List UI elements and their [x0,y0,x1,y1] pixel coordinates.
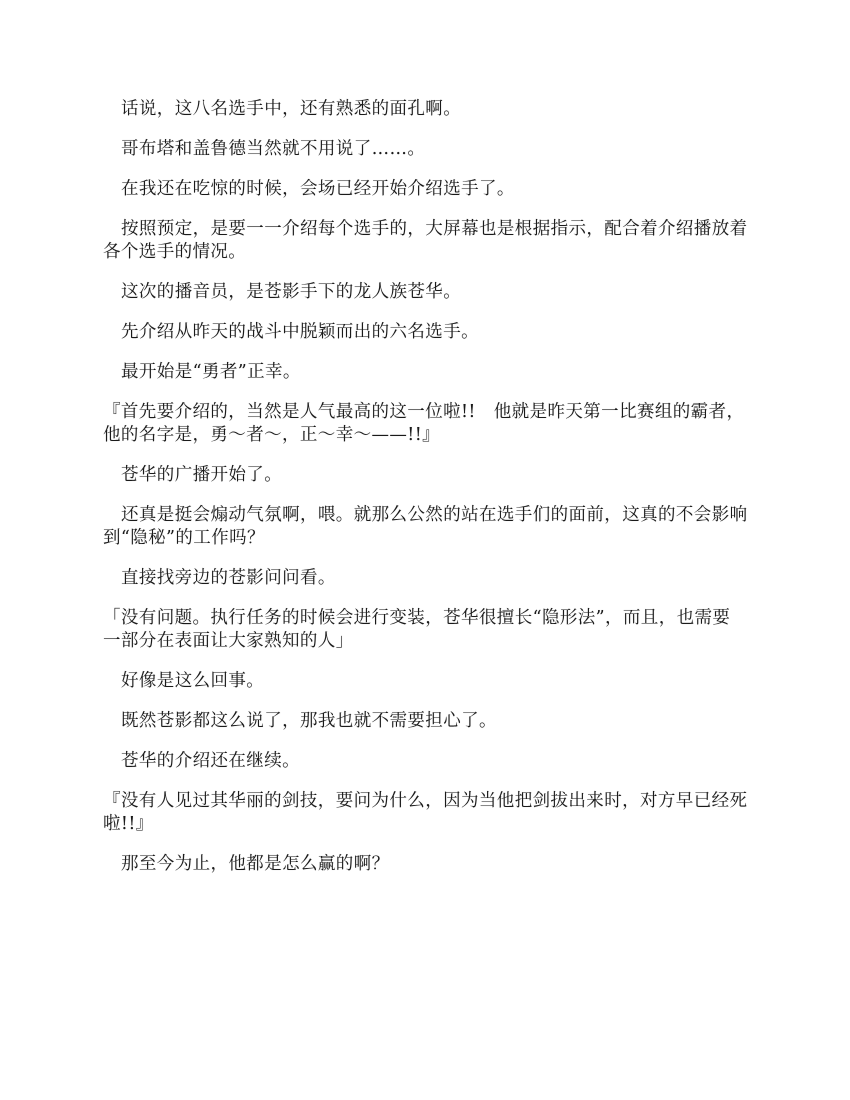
paragraph: 既然苍影都这么说了，那我也就不需要担心了。 [103,710,748,733]
paragraph: 还真是挺会煽动气氛啊，喂。就那么公然的站在选手们的面前，这真的不会影响到“隐秘”… [103,504,748,550]
paragraph: 苍华的广播开始了。 [103,464,748,487]
paragraph: 最开始是“勇者”正幸。 [103,361,748,384]
dialogue-quote: 「没有问题。执行任务的时候会进行变装，苍华很擅长“隐形法”，而且，也需要一部分在… [103,607,748,653]
paragraph: 直接找旁边的苍影问问看。 [103,567,748,590]
paragraph: 先介绍从昨天的战斗中脱颖而出的六名选手。 [103,321,748,344]
paragraph: 在我还在吃惊的时候，会场已经开始介绍选手了。 [103,178,748,201]
dialogue-quote: 『没有人见过其华丽的剑技，要问为什么，因为当他把剑拔出来时，对方早已经死啦!!』 [103,790,748,836]
dialogue-quote: 『首先要介绍的，当然是人气最高的这一位啦!! 他就是昨天第一比赛组的霸者，他的名… [103,401,748,447]
paragraph: 好像是这么回事。 [103,670,748,693]
paragraph: 这次的播音员，是苍影手下的龙人族苍华。 [103,281,748,304]
paragraph: 哥布塔和盖鲁德当然就不用说了……。 [103,138,748,161]
paragraph: 按照预定，是要一一介绍每个选手的，大屏幕也是根据指示，配合着介绍播放着各个选手的… [103,218,748,264]
document-page: 话说，这八名选手中，还有熟悉的面孔啊。 哥布塔和盖鲁德当然就不用说了……。 在我… [103,98,748,893]
paragraph: 那至今为止，他都是怎么赢的啊？ [103,853,748,876]
paragraph: 话说，这八名选手中，还有熟悉的面孔啊。 [103,98,748,121]
paragraph: 苍华的介绍还在继续。 [103,750,748,773]
